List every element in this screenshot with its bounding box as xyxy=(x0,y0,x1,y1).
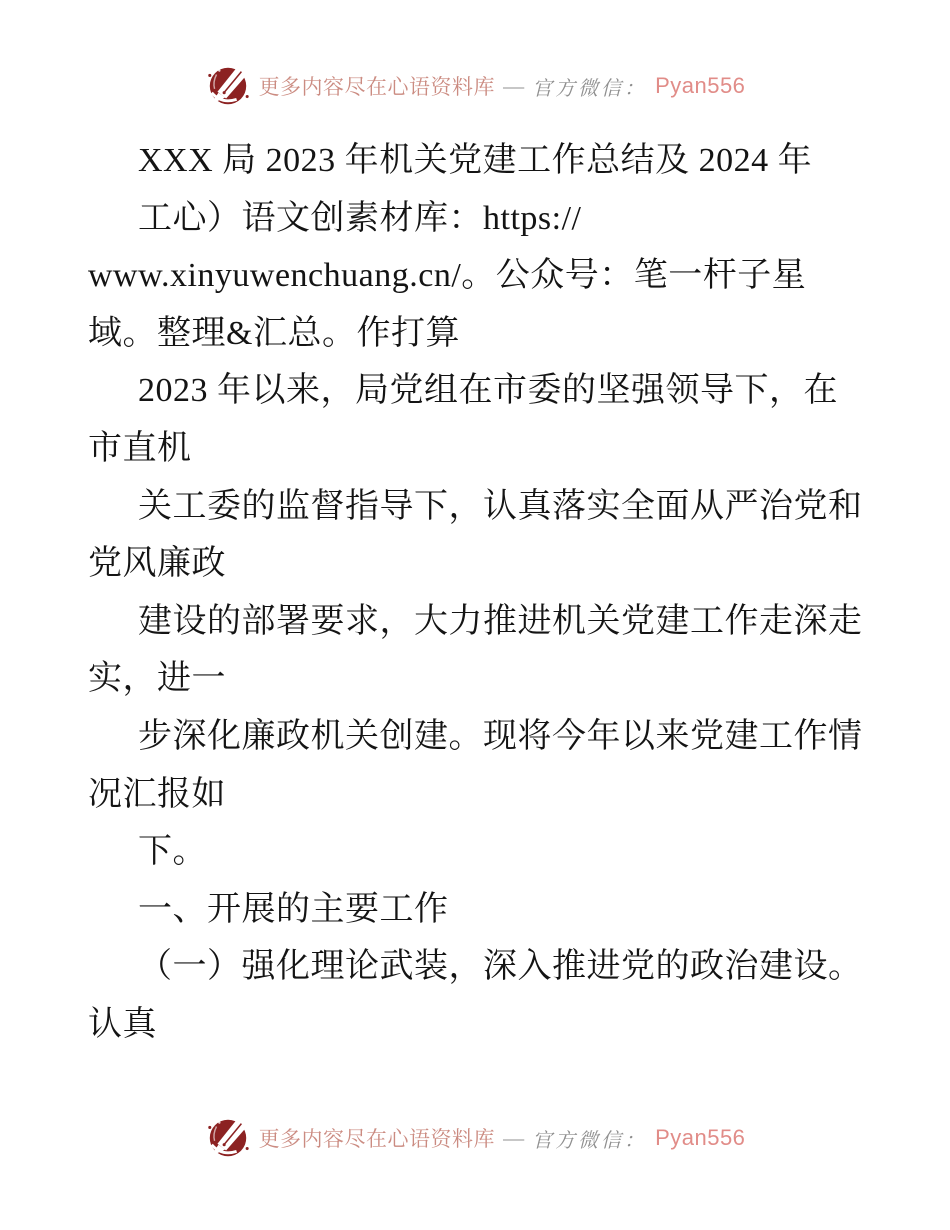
text-line: 一、开展的主要工作 xyxy=(88,881,862,939)
text-line: 建设的部署要求，大力推进机关党建工作走深走 xyxy=(88,593,862,651)
pen-circle-logo-icon xyxy=(205,62,251,110)
brand-text: 更多内容尽在心语资料库 xyxy=(259,71,496,101)
header-watermark: 更多内容尽在心语资料库—官方微信： Pyan556 xyxy=(0,60,950,112)
text-line: 关工委的监督指导下，认真落实全面从严治党和 xyxy=(88,478,862,536)
wechat-channel-label: 官方微信： xyxy=(532,72,647,101)
brand-text: 更多内容尽在心语资料库 xyxy=(259,1123,496,1153)
footer-watermark: 更多内容尽在心语资料库—官方微信： Pyan556 xyxy=(0,1112,950,1164)
text-line: 步深化廉政机关创建。现将今年以来党建工作情 xyxy=(88,708,862,766)
text-line: 党风廉政 xyxy=(88,535,862,593)
document-page: 更多内容尽在心语资料库—官方微信： Pyan556 XXX 局 2023 年机关… xyxy=(0,0,950,1230)
wechat-channel-label: 官方微信： xyxy=(532,1124,647,1153)
text-line: 工心）语文创素材库：https:// xyxy=(88,190,862,248)
text-line: 实，进一 xyxy=(88,650,862,708)
dash-separator: — xyxy=(503,74,524,99)
text-line: 认真 xyxy=(88,996,862,1054)
text-line: XXX 局 2023 年机关党建工作总结及 2024 年 xyxy=(88,132,862,190)
pen-circle-logo-icon xyxy=(205,1114,251,1162)
wechat-id: Pyan556 xyxy=(655,1125,745,1151)
text-line: 域。整理&汇总。作打算 xyxy=(88,305,862,363)
wechat-id: Pyan556 xyxy=(655,73,745,99)
text-line: www.xinyuwenchuang.cn/。公众号：笔一杆子星 xyxy=(88,247,862,305)
text-line: 况汇报如 xyxy=(88,766,862,824)
text-line: 市直机 xyxy=(88,420,862,478)
document-text: XXX 局 2023 年机关党建工作总结及 2024 年工心）语文创素材库：ht… xyxy=(0,112,950,1054)
text-line: 2023 年以来，局党组在市委的坚强领导下，在 xyxy=(88,362,862,420)
text-line: （一）强化理论武装，深入推进党的政治建设。 xyxy=(88,938,862,996)
dash-separator: — xyxy=(503,1126,524,1151)
text-line: 下。 xyxy=(88,823,862,881)
